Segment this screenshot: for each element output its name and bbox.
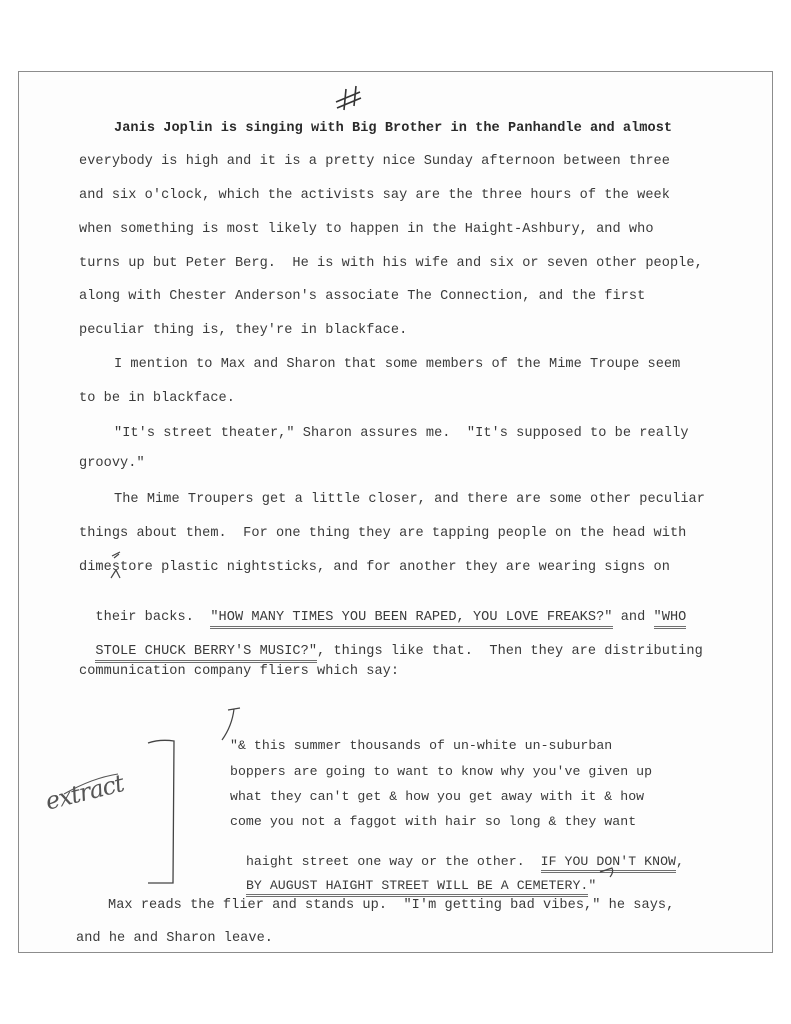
quote-line: "& this summer thousands of un-white un-… — [230, 738, 612, 753]
margin-bracket-icon — [140, 735, 180, 892]
body-line: and he and Sharon leave. — [76, 931, 273, 946]
text-fragment: and — [613, 610, 654, 625]
page-mark-hash-icon — [334, 84, 364, 117]
body-line: peculiar thing is, they're in blackface. — [79, 323, 407, 338]
body-line: everybody is high and it is a pretty nic… — [79, 154, 670, 169]
body-line: to be in blackface. — [79, 391, 235, 406]
close-mark-stroke-icon — [598, 864, 618, 885]
quote-line: come you not a faggot with hair so long … — [230, 814, 636, 829]
body-line: Max reads the flier and stands up. "I'm … — [108, 898, 674, 913]
quote-line: what they can't get & how you get away w… — [230, 789, 644, 804]
annotation-stroke-icon — [62, 768, 122, 803]
body-line: I mention to Max and Sharon that some me… — [114, 357, 680, 372]
body-line: things about them. For one thing they ar… — [79, 526, 686, 541]
body-line: Janis Joplin is singing with Big Brother… — [114, 121, 672, 136]
sign-text-2a: "WHO — [654, 610, 687, 629]
text-fragment: , things like that. Then they are distri… — [317, 644, 703, 659]
body-line: along with Chester Anderson's associate … — [79, 289, 645, 304]
sign-text-1: "HOW MANY TIMES YOU BEEN RAPED, YOU LOVE… — [210, 610, 612, 629]
warning-text-2: BY AUGUST HAIGHT STREET WILL BE A CEMETE… — [246, 878, 588, 897]
body-line: groovy." — [79, 456, 145, 471]
body-line: when something is most likely to happen … — [79, 222, 654, 237]
body-line: The Mime Troupers get a little closer, a… — [114, 492, 705, 507]
body-line: turns up but Peter Berg. He is with his … — [79, 256, 703, 271]
body-line: and six o'clock, which the activists say… — [79, 188, 670, 203]
sign-text-2b: STOLE CHUCK BERRY'S MUSIC?" — [95, 644, 317, 663]
text-fragment: their backs. — [95, 610, 210, 625]
body-line: their backs. "HOW MANY TIMES YOU BEEN RA… — [79, 595, 686, 625]
text-fragment: " — [588, 878, 596, 893]
quote-line: boppers are going to want to know why yo… — [230, 764, 652, 779]
insertion-caret-icon — [108, 550, 124, 585]
text-fragment: , — [676, 854, 684, 869]
body-line: STOLE CHUCK BERRY'S MUSIC?", things like… — [79, 629, 703, 659]
body-line: communication company fliers which say: — [79, 664, 399, 679]
body-line: dimestore plastic nightsticks, and for a… — [79, 560, 670, 575]
quote-line: BY AUGUST HAIGHT STREET WILL BE A CEMETE… — [230, 863, 596, 893]
body-line: "It's street theater," Sharon assures me… — [114, 426, 689, 441]
